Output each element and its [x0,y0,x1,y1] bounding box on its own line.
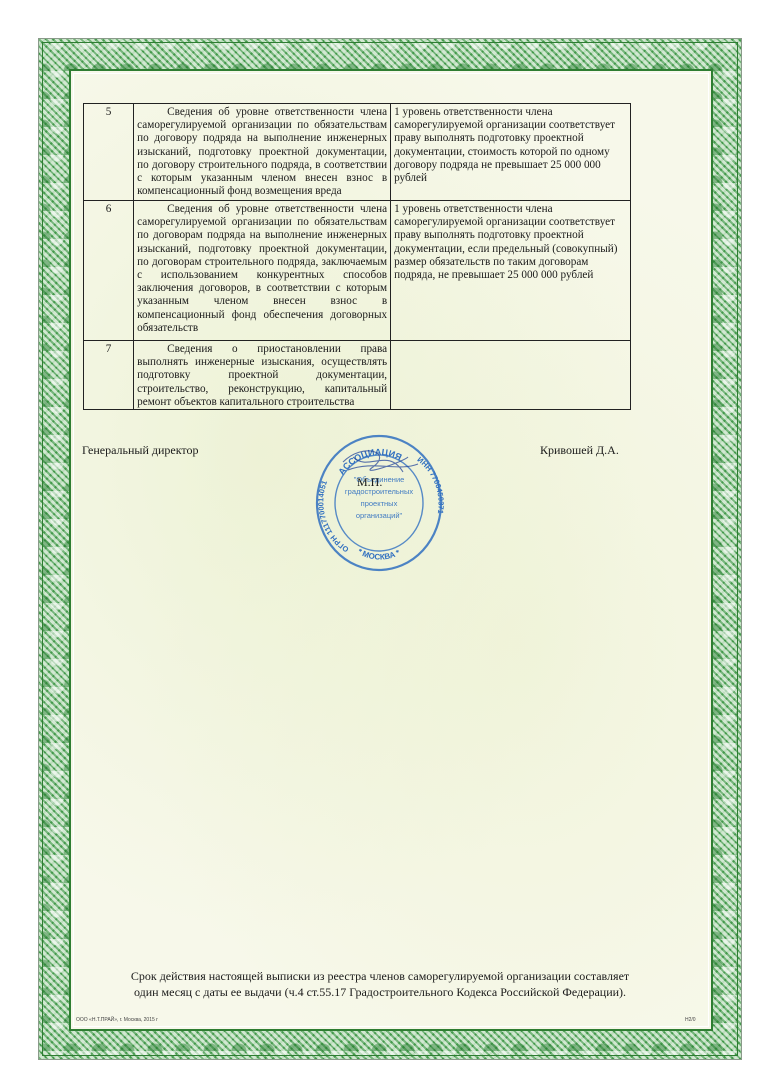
row-number: 5 [84,104,134,201]
table-row: 6 Сведения об уровне ответственности чле… [84,201,631,341]
row-number: 7 [84,341,134,410]
signatory-title: Генеральный директор [82,443,199,458]
row-value: 1 уровень ответственности члена саморегу… [391,104,631,201]
row-description: Сведения об уровне ответственности члена… [134,104,391,201]
svg-text:* МОСКВА *: * МОСКВА * [356,547,402,562]
validity-line-2: один месяц с даты ее выдачи (ч.4 ст.55.1… [100,984,660,1000]
validity-note: Срок действия настоящей выписки из реест… [100,968,660,1000]
table-row: 7 Сведения о приостановлении права выпол… [84,341,631,410]
printer-imprint: ООО «Н.Т.ПРАЙ», г. Москва, 2015 г [76,1017,158,1023]
svg-text:организаций": организаций" [356,511,403,520]
document-content: 5 Сведения об уровне ответственности чле… [0,0,764,1080]
form-code: Н2/0 [685,1017,696,1023]
seal-stamp-icon: АССОЦИАЦИЯ ОГРН 1117700014051 ИНН 770645… [313,432,445,574]
row-description: Сведения о приостановлении права выполня… [134,341,391,410]
svg-text:проектных: проектных [361,499,398,508]
row-number: 6 [84,201,134,341]
row-description: Сведения об уровне ответственности члена… [134,201,391,341]
seal-placeholder-label: М.П. [357,475,382,490]
signatory-name: Кривошей Д.А. [540,443,619,458]
registry-table: 5 Сведения об уровне ответственности чле… [83,103,631,410]
row-value [391,341,631,410]
table-row: 5 Сведения об уровне ответственности чле… [84,104,631,201]
row-value: 1 уровень ответственности члена саморегу… [391,201,631,341]
validity-line-1: Срок действия настоящей выписки из реест… [100,968,660,984]
